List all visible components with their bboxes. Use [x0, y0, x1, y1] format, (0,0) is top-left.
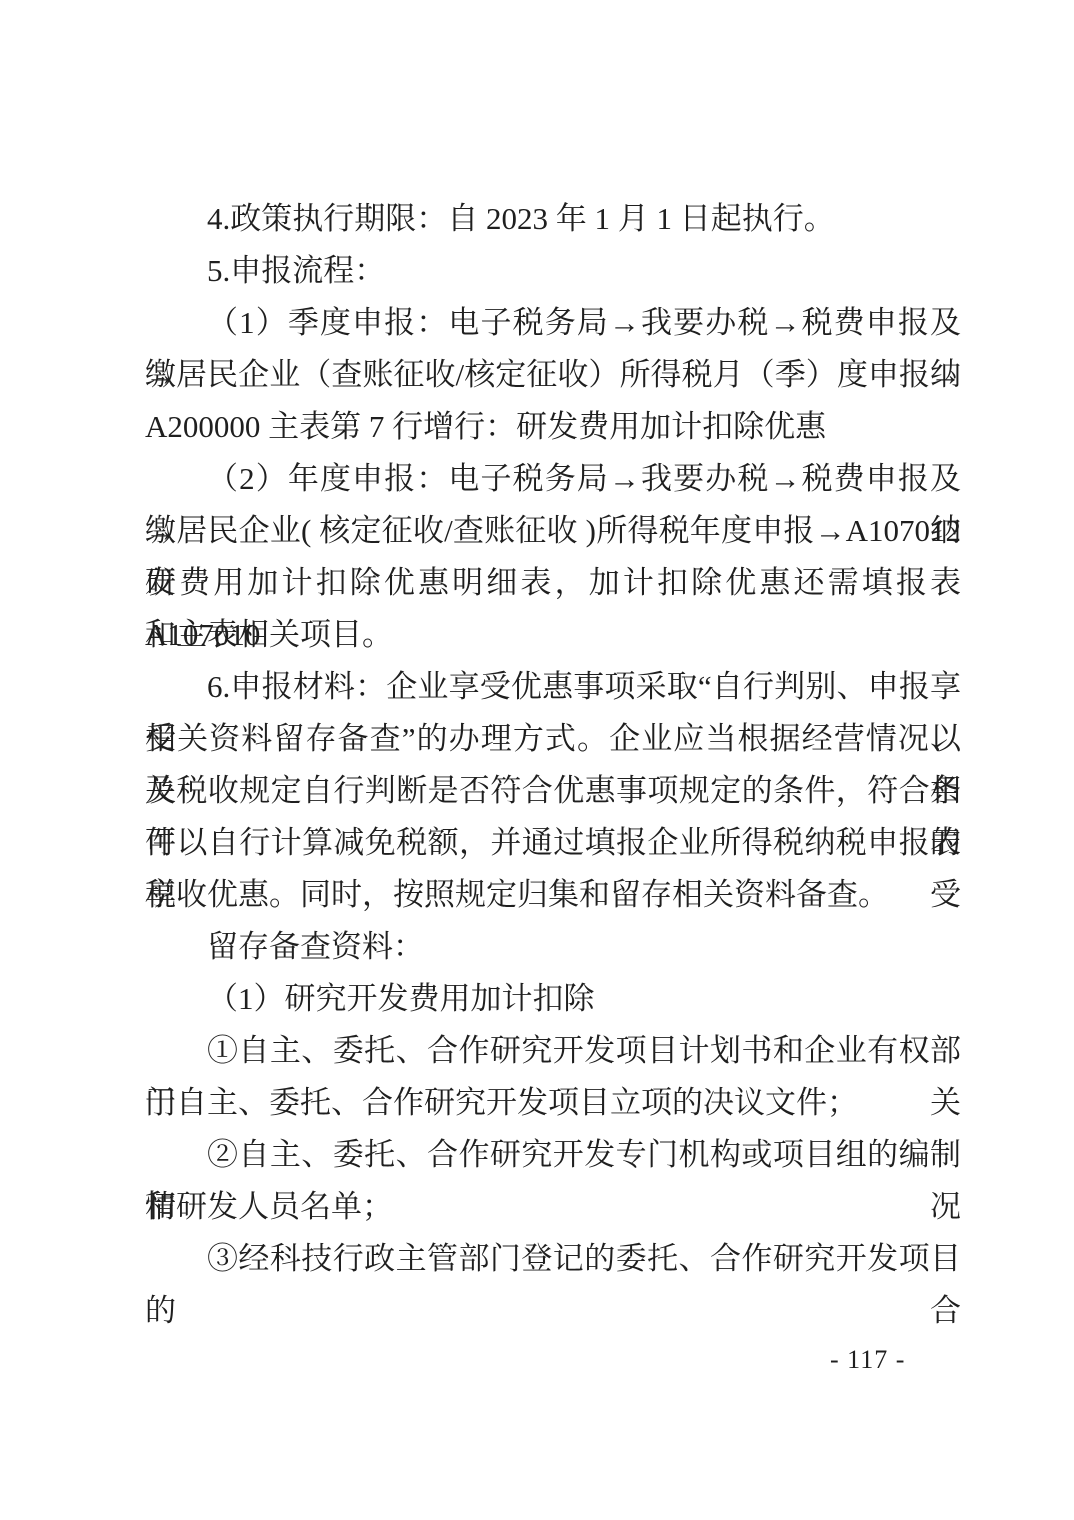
text-line: （2）年度申报：电子税务局→我要办税→税费申报及缴纳 — [145, 453, 961, 505]
text-line: ③经科技行政主管部门登记的委托、合作研究开发项目的合 — [145, 1233, 961, 1285]
text-line: 可以自行计算减免税额，并通过填报企业所得税纳税申报表享受 — [145, 817, 961, 869]
text-line: 发费用加计扣除优惠明细表，加计扣除优惠还需填报表 A107010 — [145, 557, 961, 609]
text-line: ①自主、委托、合作研究开发项目计划书和企业有权部门关 — [145, 1025, 961, 1077]
page-number: - 117 - — [830, 1340, 905, 1380]
document-text-block: 4.政策执行期限：自 2023 年 1 月 1 日起执行。 5.申报流程： （1… — [145, 193, 961, 1285]
text-line: 相关资料留存备查”的办理方式。企业应当根据经营情况以及相 — [145, 713, 961, 765]
text-line: →居民企业（查账征收/核定征收）所得税月（季）度申报→ — [145, 349, 961, 401]
text-line: 留存备查资料： — [145, 921, 961, 973]
text-line: 于自主、委托、合作研究开发项目立项的决议文件； — [145, 1077, 961, 1129]
text-line: 6.申报材料：企业享受优惠事项采取“自行判别、申报享受、 — [145, 661, 961, 713]
text-line: A200000 主表第 7 行增行：研发费用加计扣除优惠 — [145, 401, 961, 453]
text-line: ②自主、委托、合作研究开发专门机构或项目组的编制情况 — [145, 1129, 961, 1181]
text-line: 税收优惠。同时，按照规定归集和留存相关资料备查。 — [145, 869, 961, 921]
text-line: （1）季度申报：电子税务局→我要办税→税费申报及缴纳 — [145, 297, 961, 349]
text-line: →居民企业( 核定征收/查账征收 )所得税年度申报→A107012 研 — [145, 505, 961, 557]
text-line: 5.申报流程： — [145, 245, 961, 297]
document-page: 4.政策执行期限：自 2023 年 1 月 1 日起执行。 5.申报流程： （1… — [0, 0, 1074, 1520]
text-line: 和主表相关项目。 — [145, 609, 961, 661]
text-line: （1）研究开发费用加计扣除 — [145, 973, 961, 1025]
text-line: 关税收规定自行判断是否符合优惠事项规定的条件，符合条件的 — [145, 765, 961, 817]
text-line: 4.政策执行期限：自 2023 年 1 月 1 日起执行。 — [145, 193, 961, 245]
